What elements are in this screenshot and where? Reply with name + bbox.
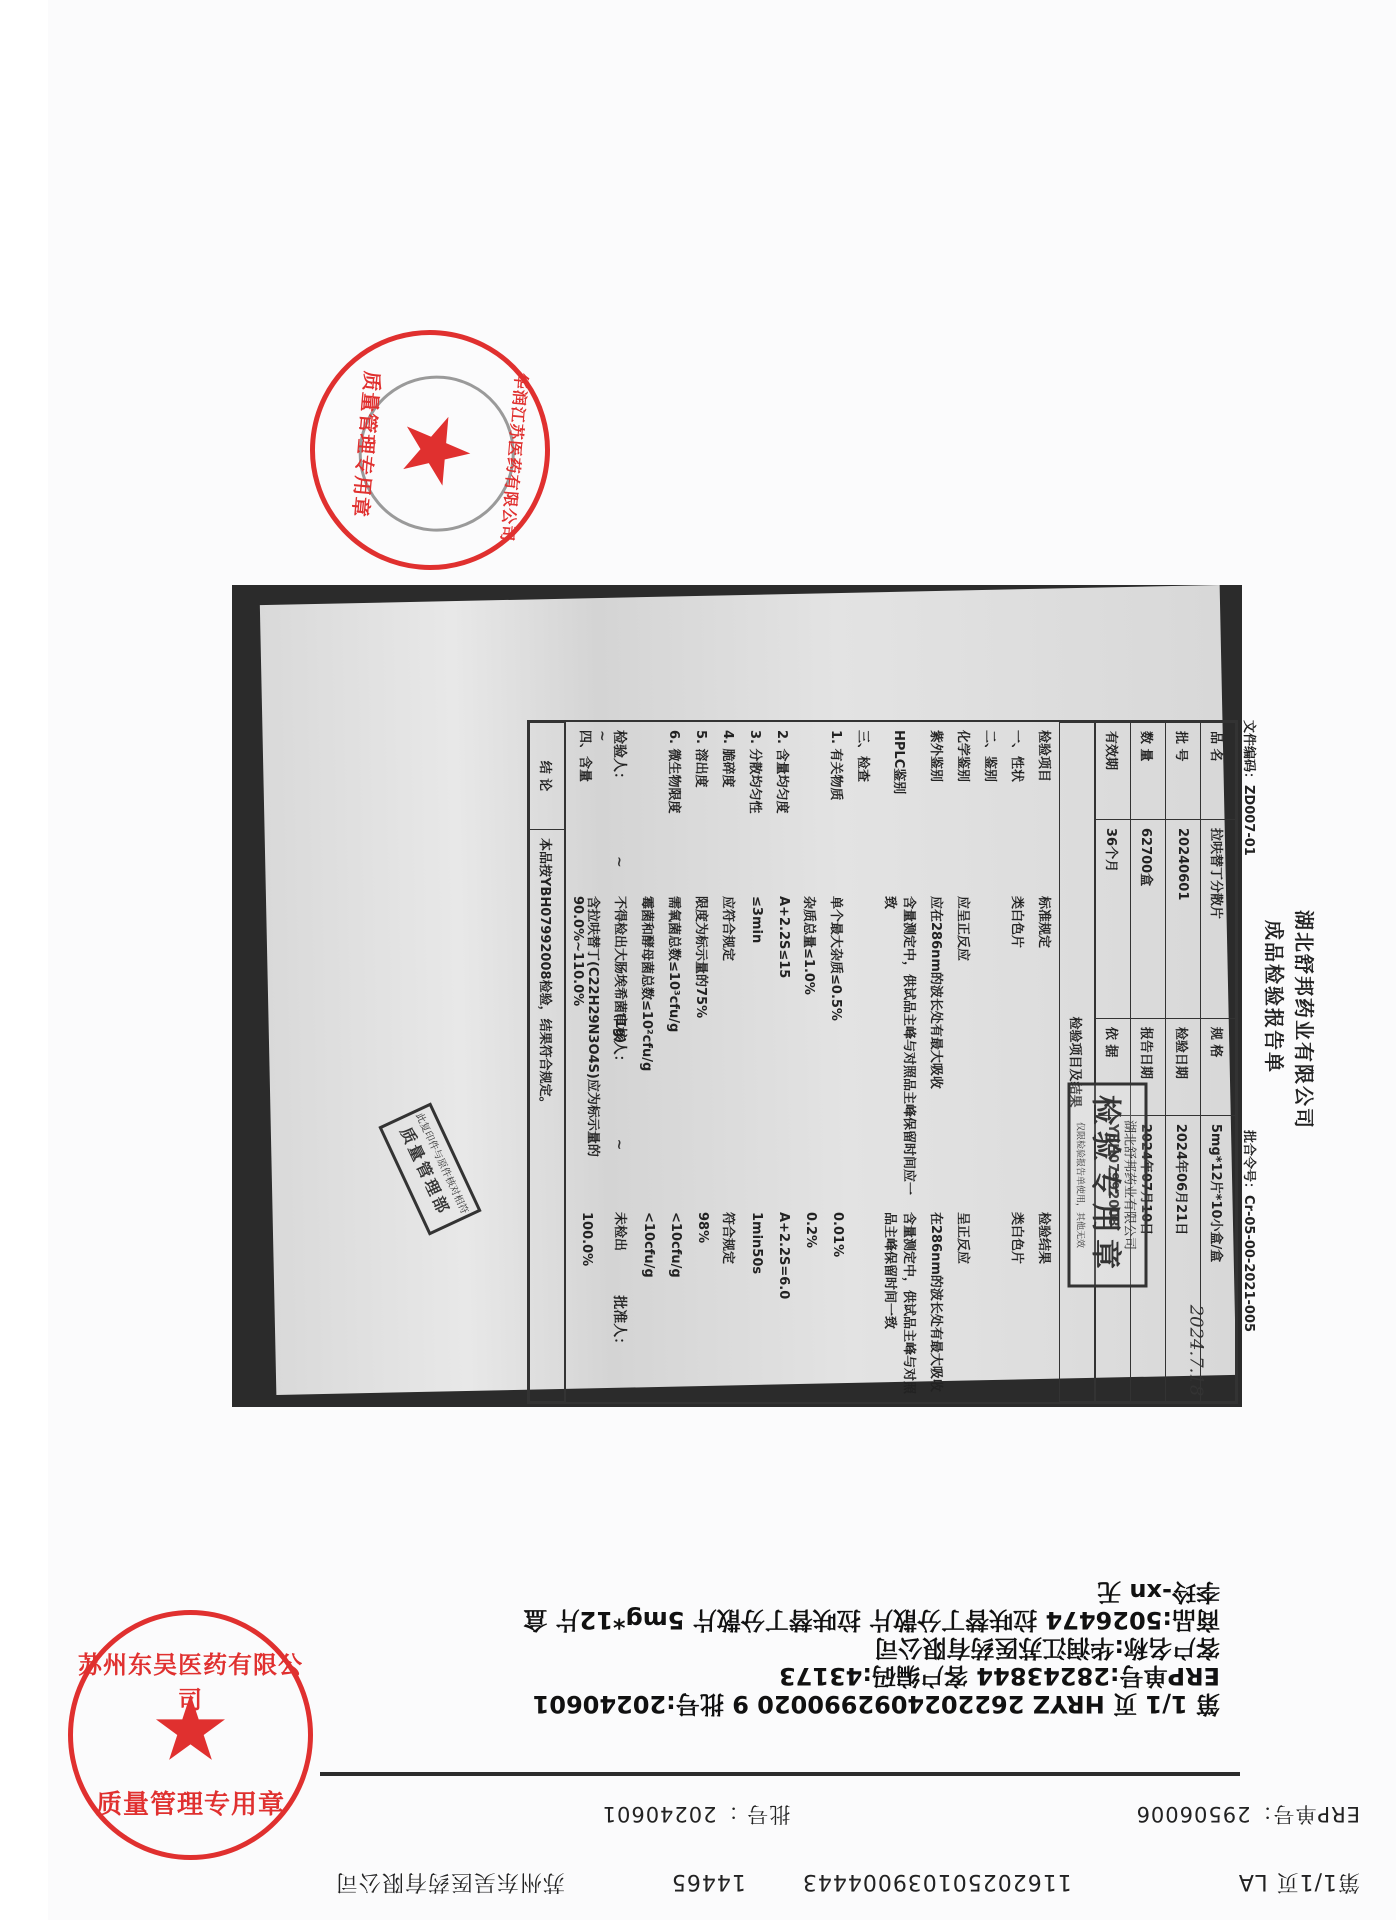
header-cell-value: 62700盒 [1131,820,1166,1019]
cell-item: HPLC鉴别 [878,722,924,888]
cell-standard [851,888,878,1204]
header-cell-value: 拉呋替丁分散片 [1201,820,1236,1019]
cell-standard: 霉菌和酵母菌总数≤10²cfu/g [635,888,662,1204]
table-row: 三、检查 [851,722,878,1402]
cell-item: 紫外鉴别 [924,722,951,888]
table-row: 6. 微生物限度需氧菌总数≤10³cfu/g<10cfu/g [662,722,689,1402]
cell-item: 2. 含量均匀度 [770,722,797,888]
inspection-report: 湖北舒邦药业有限公司 成品检验报告单 文件编码：ZD007-01 批合令号：Cr… [300,650,1060,1550]
page-indicator: 第1/1页 LA [1238,1869,1360,1894]
cell-standard: A+2.2S≤15 [770,888,797,1204]
footer-code: 14465 [671,1869,746,1894]
footer-line-1: 第1/1页 LA 116202501039004443 14465 苏州东吴医药… [360,1868,1360,1899]
cell-item [635,722,662,888]
doc-number: 116202501039004443 [802,1869,1072,1894]
label-line-1: 第 1/1 页 HRYZ 2622024092990020 9 批号:20240… [420,1690,1220,1718]
footer-divider [320,1772,1240,1776]
label-line-2: ERP单号:28243844 客户编码:43173 [420,1662,1220,1690]
report-title: 成品检验报告单 [1261,920,1290,1074]
cell-standard: 杂质总量≤1.0% [797,888,824,1204]
inspector-signature: 检验人：~ [611,730,627,938]
table-row: 二、鉴别 [978,722,1005,1402]
table-row: 1. 有关物质单个最大杂质≤0.5%0.01% [824,722,851,1402]
signers: 检验人：~ 审核人：~ 批准人：~ [594,730,630,1470]
header-cell-label: 数 量 [1131,723,1166,820]
cell-result: 符合规定 [716,1204,743,1402]
cell-result: <10cfu/g [635,1204,662,1402]
batch-value: 20240601 [602,1802,717,1826]
cell-result: <10cfu/g [662,1204,689,1402]
cell-item: 一、性状 [1005,722,1032,888]
seal-bottom-purpose: 质量管理专用章 [73,1784,308,1821]
cell-item: 4. 脆碎度 [716,722,743,888]
cell-item: 二、鉴别 [978,722,1005,888]
label-line-4: 商品:5026474 拉呋替丁分散片 拉呋替丁分散片 5mg*12片 盒 [420,1606,1220,1634]
erp-label: ERP单号： [1250,1802,1360,1826]
shipment-label: 第 1/1 页 HRYZ 2622024092990020 9 批号:20240… [420,1578,1220,1718]
cell-standard: 应在286nm的波长处有最大吸收 [924,888,951,1204]
cell-item: 三、检查 [851,722,878,888]
qc-inspection-stamp: 湖北舒邦药业有限公司 检验专用章 仅限检验报告单使用，其他无效 [1068,1083,1148,1288]
cell-result: 类白色片 [1005,1204,1032,1402]
header-cell-label: 有效期 [1096,723,1131,820]
header-cell-label2: 检验日期 [1166,1018,1201,1115]
report-company: 湖北舒邦药业有限公司 [1291,910,1320,1130]
conclusion-label: 结 论 [530,723,566,830]
batch-label: 批号 ： [717,1802,791,1826]
cell-standard: ≤3min [743,888,770,1204]
cell-standard: 类白色片 [1005,888,1032,1204]
table-row: 一、性状类白色片类白色片 [1005,722,1032,1402]
label-line-5: 李玲-xn 无 [420,1578,1220,1606]
header-row: 批 号20240601检验日期2024年06月21日 [1166,723,1201,1402]
cell-item: 化学鉴别 [951,722,978,888]
table-row: 化学鉴别应呈正反应呈正反应 [951,722,978,1402]
cell-standard: 需氧菌总数≤10³cfu/g [662,888,689,1204]
cell-result [978,1204,1005,1402]
erp-value: 29506006 [1136,1802,1251,1826]
header-row: 有效期36个月依 据YBH07992008 [1096,723,1131,1402]
cell-standard [978,888,1005,1204]
header-cell-value: 36个月 [1096,820,1131,1019]
header-row: 数 量62700盒报告日期2024年07月10日 [1131,723,1166,1402]
table-row: 2. 含量均匀度A+2.2S≤15A+2.2S=6.0 [770,722,797,1402]
footer-company: 苏州东吴医药有限公司 [335,1869,565,1894]
cell-result: 0.2% [797,1204,824,1402]
header-cell-value: 20240601 [1166,820,1201,1019]
cell-standard: 单个最大杂质≤0.5% [824,888,851,1204]
header-cell-label: 批 号 [1166,723,1201,820]
cell-standard: 应呈正反应 [951,888,978,1204]
cell-standard: 应符合规定 [716,888,743,1204]
footer-line-2: ERP单号：29506006 批号 ：20240601 [360,1800,1360,1830]
handwritten-date: 2024.7.18 [1185,1305,1206,1397]
table-row: 5. 溶出度限度为标示量的75%98% [689,722,716,1402]
cell-item: 5. 溶出度 [689,722,716,888]
report-audit-number: 批合令号：Cr-05-00-2021-005 [1241,1130,1260,1332]
cell-result: A+2.2S=6.0 [770,1204,797,1402]
table-row: HPLC鉴别含量测定中，供试品主峰与对照品主峰保留时间应一致含量测定中，供试品主… [878,722,924,1402]
cell-result: 在286nm的波长处有最大吸收 [924,1204,951,1402]
cell-item [797,722,824,888]
seal-bottom-left: ★ 苏州东吴医药有限公司 质量管理专用章 [68,1610,313,1860]
cell-item: 3. 分散均匀性 [743,722,770,888]
col-header-item: 检验项目 [1032,722,1059,888]
header-cell-label: 品 名 [1201,723,1236,820]
reviewer-signature: 审核人：~ [611,1013,627,1221]
cell-result: 98% [689,1204,716,1402]
header-row: 品 名拉呋替丁分散片规 格5mg*12片*10小盒/盒 [1201,723,1236,1402]
cell-standard: 限度为标示量的75% [689,888,716,1204]
cell-result: 1min50s [743,1204,770,1402]
col-header-result: 检验结果 [1032,1204,1059,1402]
cell-result: 呈正反应 [951,1204,978,1402]
table-row: 3. 分散均匀性≤3min1min50s [743,722,770,1402]
report-table: 品 名拉呋替丁分散片规 格5mg*12片*10小盒/盒批 号20240601检验… [527,720,1238,1404]
cell-standard: 含量测定中，供试品主峰与对照品主峰保留时间应一致 [878,888,924,1204]
cell-item: 1. 有关物质 [824,722,851,888]
seal-bottom-company: 苏州东吴医药有限公司 [73,1645,308,1715]
cell-result: 含量测定中，供试品主峰与对照品主峰保留时间一致 [878,1204,924,1402]
table-row: 紫外鉴别应在286nm的波长处有最大吸收在286nm的波长处有最大吸收 [924,722,951,1402]
table-row: 杂质总量≤1.0%0.2% [797,722,824,1402]
table-row: 霉菌和酵母菌总数≤10²cfu/g<10cfu/g [635,722,662,1402]
header-cell-label2: 规 格 [1201,1018,1236,1115]
section-header: 检验项目及结果 [1060,723,1095,1402]
cell-result [851,1204,878,1402]
cell-item: 6. 微生物限度 [662,722,689,888]
report-file-number: 文件编码：ZD007-01 [1241,720,1260,856]
table-row: 4. 脆碎度应符合规定符合规定 [716,722,743,1402]
conclusion-text: 本品按YBH07992008检验，结果符合规定。 [530,830,566,1402]
star-icon: ★ [387,406,484,494]
label-line-3: 客户名称:华润江苏医药有限公司 [420,1634,1220,1662]
col-header-standard: 标准规定 [1032,888,1059,1204]
cell-result: 0.01% [824,1204,851,1402]
